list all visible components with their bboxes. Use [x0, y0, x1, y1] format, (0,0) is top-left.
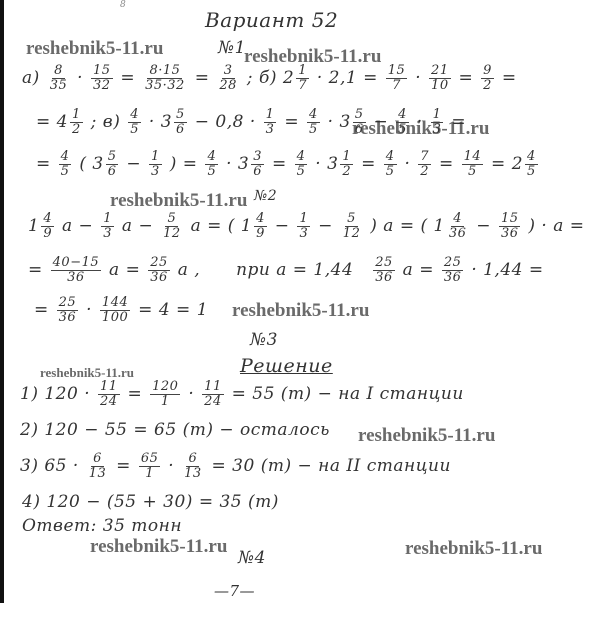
fraction: 1124	[98, 380, 120, 409]
fraction: 2536	[57, 296, 79, 325]
fraction: 13	[264, 108, 277, 137]
fraction: 13	[149, 150, 162, 179]
fraction: 92	[481, 64, 494, 93]
fraction: 1124	[202, 380, 224, 409]
task1-line-a: а) 835 · 1532 = 8·1535·32 = 328 ; б) 217…	[22, 64, 517, 93]
fraction: 13	[297, 212, 310, 241]
fraction: 1201	[150, 380, 180, 409]
fraction: 512	[161, 212, 183, 241]
task3-step-4: 4) 120 − (55 + 30) = 35 (т)	[22, 492, 279, 512]
page-left-edge	[0, 0, 4, 603]
fraction: 144100	[100, 296, 130, 325]
label-a: а)	[22, 68, 40, 88]
watermark: reshebnik5-11.ru	[358, 425, 495, 447]
task-number-1: №1	[218, 38, 246, 58]
fraction: 45	[205, 150, 218, 179]
task-number-3: №3	[250, 330, 278, 350]
task1-line-c: = 412 ; в) 45 · 356 − 0,8 · 13 = 45 · 35…	[36, 108, 466, 137]
fraction: 2536	[442, 256, 464, 285]
fraction: 36	[251, 150, 264, 179]
fraction: 613	[182, 452, 204, 481]
task2-line-3: = 2536 · 144100 = 4 = 1	[34, 296, 208, 325]
fraction: 49	[254, 212, 267, 241]
fraction: 2536	[373, 256, 395, 285]
fraction: 651	[139, 452, 161, 481]
fraction: 12	[70, 108, 83, 137]
fraction: 45	[128, 108, 141, 137]
task3-step-3: 3) 65 · 613 = 651 · 613 = 30 (т) − на II…	[20, 452, 451, 481]
task2-line-1: 149 a − 13 a − 512 a = ( 149 − 13 − 512 …	[28, 212, 585, 241]
label-v: в)	[103, 112, 121, 132]
fraction: 613	[87, 452, 109, 481]
fraction: 45	[59, 150, 72, 179]
worksheet-page: 8 Вариант 52 reshebnik5-11.ru reshebnik5…	[0, 0, 599, 603]
fraction: 40−1536	[51, 256, 101, 285]
fraction: 13	[101, 212, 114, 241]
watermark: reshebnik5-11.ru	[40, 365, 134, 381]
fraction: 45	[295, 150, 308, 179]
fraction: 13	[431, 108, 444, 137]
task3-step-2: 2) 120 − 55 = 65 (т) − осталось	[20, 420, 330, 440]
top-mark: 8	[120, 0, 126, 10]
fraction: 45	[396, 108, 409, 137]
page-title: Вариант 52	[205, 8, 338, 32]
fraction: 12	[340, 150, 353, 179]
task-number-2: №2	[254, 188, 277, 204]
label-b: б)	[259, 68, 277, 88]
fraction: 49	[41, 212, 54, 241]
fraction: 17	[296, 64, 309, 93]
watermark: reshebnik5-11.ru	[232, 300, 369, 322]
task3-answer: Ответ: 35 тонн	[22, 516, 182, 536]
fraction: 72	[418, 150, 431, 179]
watermark: reshebnik5-11.ru	[90, 536, 227, 558]
fraction: 56	[353, 108, 366, 137]
fraction: 436	[447, 212, 469, 241]
task1-line-d: = 45 ( 356 − 13 ) = 45 · 336 = 45 · 312 …	[36, 150, 540, 179]
fraction: 1532	[91, 64, 113, 93]
fraction: 145	[462, 150, 484, 179]
page-number: —7—	[214, 582, 255, 600]
fraction: 45	[384, 150, 397, 179]
fraction: 328	[217, 64, 239, 93]
fraction: 512	[341, 212, 363, 241]
solution-heading: Решение	[240, 355, 333, 377]
fraction: 1536	[499, 212, 521, 241]
fraction: 835	[48, 64, 70, 93]
fraction: 45	[307, 108, 320, 137]
watermark: reshebnik5-11.ru	[405, 538, 542, 560]
watermark: reshebnik5-11.ru	[110, 190, 247, 212]
task3-step-1: 1) 120 · 1124 = 1201 · 1124 = 55 (т) − н…	[20, 380, 464, 409]
fraction: 2536	[148, 256, 170, 285]
task-number-4: №4	[238, 548, 266, 568]
fraction: 45	[525, 150, 538, 179]
fraction: 157	[386, 64, 408, 93]
fraction: 8·1535·32	[143, 64, 187, 93]
fraction: 56	[174, 108, 187, 137]
fraction: 56	[106, 150, 119, 179]
watermark: reshebnik5-11.ru	[26, 38, 163, 60]
fraction: 2110	[429, 64, 451, 93]
task2-line-2: = 40−1536 a = 2536 a , при a = 1,44 2536…	[28, 256, 544, 285]
